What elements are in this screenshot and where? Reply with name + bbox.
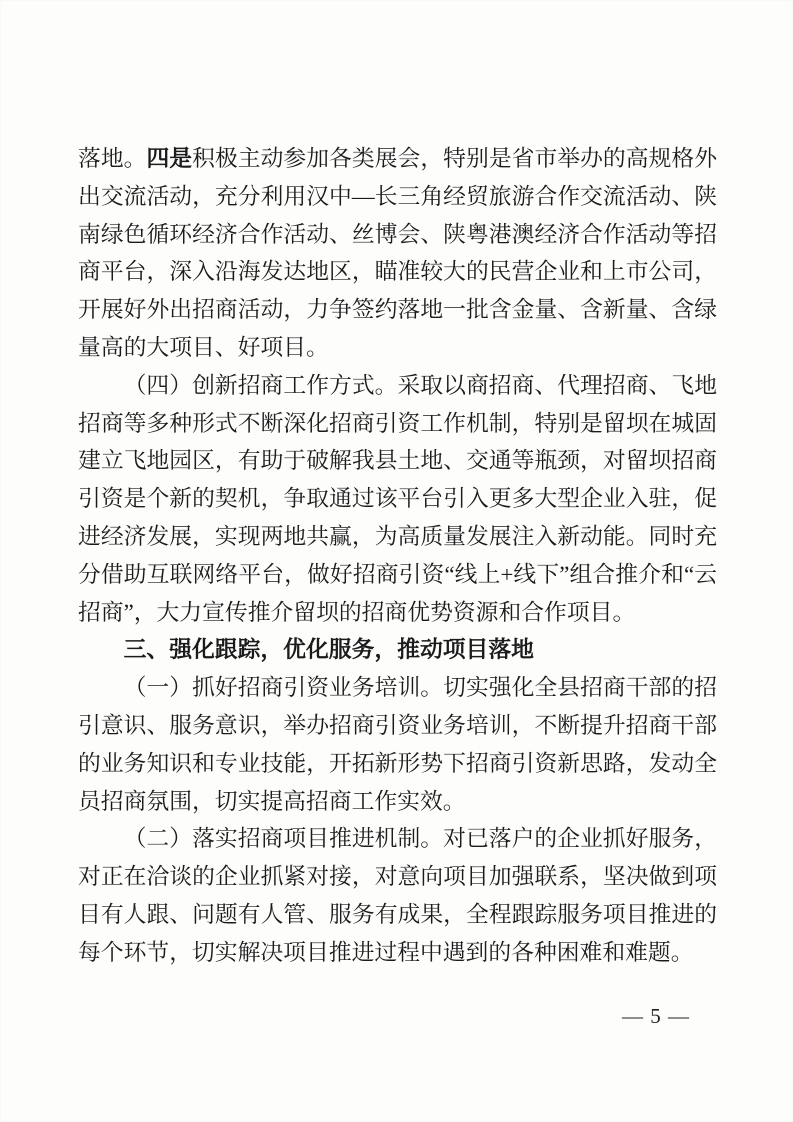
paragraph-item-4: （四）创新招商工作方式。采取以商招商、代理招商、飞地招商等多种形式不断深化招商引… [78, 367, 717, 632]
body-text: 落地。 [78, 146, 146, 171]
emphasis-text-four: 四是 [146, 146, 192, 171]
section-heading-3: 三、强化跟踪，优化服务，推动项目落地 [78, 631, 717, 669]
paragraph-item-1: （一）抓好招商引资业务培训。切实强化全县招商干部的招引意识、服务意识，举办招商引… [78, 669, 717, 820]
body-text: 积极主动参加各类展会，特别是省市举办的高规格外出交流活动，充分利用汉中—长三角经… [78, 146, 717, 360]
paragraph-item-2: （二）落实招商项目推进机制。对已落户的企业抓好服务，对正在洽谈的企业抓紧对接，对… [78, 820, 717, 971]
document-body: 落地。四是积极主动参加各类展会，特别是省市举办的高规格外出交流活动，充分利用汉中… [78, 140, 717, 972]
page-number: — 5 — [622, 1004, 690, 1029]
paragraph-continuation: 落地。四是积极主动参加各类展会，特别是省市举办的高规格外出交流活动，充分利用汉中… [78, 140, 717, 367]
document-page: 落地。四是积极主动参加各类展会，特别是省市举办的高规格外出交流活动，充分利用汉中… [0, 0, 793, 1122]
